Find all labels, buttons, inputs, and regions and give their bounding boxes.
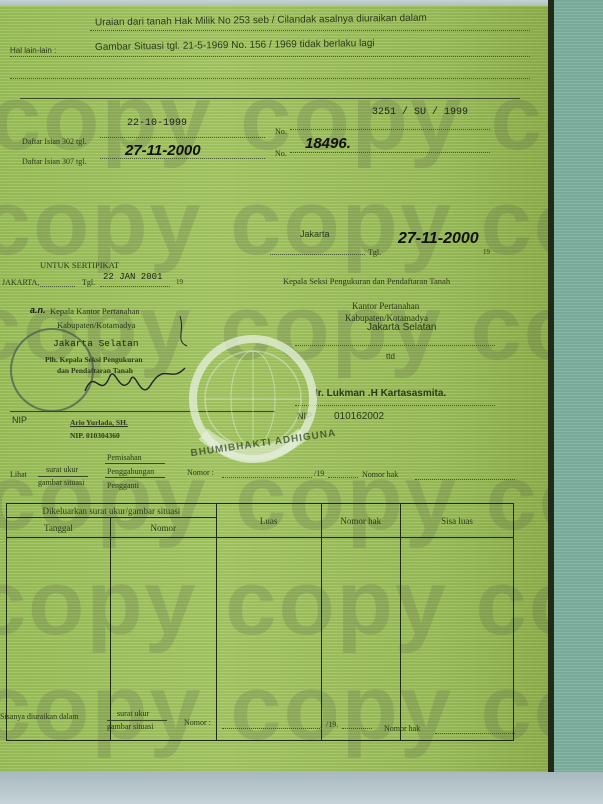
footer-year: /19. [326,720,338,729]
column-header-nomor-hak: Nomor hak [321,504,400,538]
office-line1: Kantor Pertanahan [352,301,419,311]
dotted-line [290,129,490,130]
daftar-302-date: 22-10-1999 [127,118,187,129]
daftar-302-number: 3251 / SU / 1999 [372,107,468,118]
dotted-line [435,733,515,734]
lihat-label: Lihat [10,470,27,479]
column-header-nomor: Nomor [110,518,216,538]
daftar-307-no-label: No. [275,149,287,158]
left-signer-name: Ario Yurlada, SH. [70,418,128,427]
dotted-line [222,728,322,729]
daftar-302-label: Daftar Isian 302 tgl. [22,137,86,146]
left-year-suffix: 19 [176,278,183,286]
office-city: Jakarta Selatan [367,322,437,333]
lihat-nomor-label: Nomor : [187,468,214,477]
dotted-line [10,78,530,79]
hal-lain-label: Hal lain-lain : [10,46,56,55]
daftar-302-no-label: No. [275,127,287,136]
option-pemisahan: Pemisahan [107,453,142,462]
strike-line [105,463,165,464]
column-header-sisa-luas: Sisa luas [400,504,513,538]
dotted-line [328,477,358,478]
strike-line [105,477,165,478]
background-bottom [0,772,603,804]
column-header-luas: Luas [216,504,321,538]
signer-name: Ir. Lukman .H Kartasasmita. [315,388,446,399]
lihat-nomor-hak-label: Nomor hak [362,470,398,479]
lihat-fraction-bottom: gambar situasi [38,478,84,487]
dotted-line [90,30,530,31]
sisanya-label: Sisanya diuraikan dalam [0,712,79,721]
table-cell [321,538,400,741]
dotted-line [40,286,75,287]
footer-nomor-hak-label: Nomor hak [384,724,420,733]
table-cell [7,538,111,741]
footer-fraction-bottom: gambar situasi [107,722,153,731]
signer-nip: 010162002 [334,411,384,422]
left-place: JAKARTA, [2,278,39,287]
surat-ukur-table: Dikeluarkan surat ukur/gambar situasi Lu… [6,503,514,741]
dotted-line [290,152,490,153]
certificate-page: copy copy copy copy copy copy copy copy … [0,6,552,778]
adjacent-page [554,0,603,804]
watermark: copy copy copy [0,66,603,171]
fraction-bar [38,476,88,477]
daftar-307-date: 27-11-2000 [125,142,201,159]
ttd-label: ttd [386,352,395,361]
daftar-307-number: 18496. [305,135,351,152]
footer-fraction-top: surat ukur [117,709,149,718]
divider [20,98,520,99]
left-signer-nip: NIP. 010304360 [70,431,120,440]
dotted-line [342,728,372,729]
lihat-fraction-top: surat ukur [46,465,78,474]
signing-place: Jakarta [300,229,330,239]
hal-lain-line1: Uraian dari tanah Hak Milik No 253 seb /… [95,13,427,29]
table-group-header: Dikeluarkan surat ukur/gambar situasi [7,504,217,518]
dotted-line [415,479,515,480]
dotted-line [270,254,365,255]
option-penggabungan: Penggabungan [107,467,154,476]
year-suffix: 19 [483,248,490,256]
footer-nomor-label: Nomor : [184,718,211,727]
dotted-line [222,477,312,478]
left-date: 22 JAN 2001 [103,272,162,282]
fraction-bar [107,720,167,721]
table-cell [400,538,513,741]
tgl-label: Tgl. [368,248,381,257]
untuk-sertipikat: UNTUK SERTIPIKAT [40,260,119,270]
table-row [7,538,514,741]
lihat-year: /19 [314,469,324,478]
dotted-line [100,286,170,287]
signer-title: Kepala Seksi Pengukuran dan Pendaftaran … [283,276,450,286]
column-header-tanggal: Tanggal [7,518,111,538]
table-cell [216,538,321,741]
left-nip-label: NIP [12,415,27,425]
hal-lain-line2: Gambar Situasi tgl. 21-5-1969 No. 156 / … [95,38,375,53]
signing-date: 27-11-2000 [398,230,479,248]
dotted-line [10,56,530,57]
dotted-line [100,137,265,138]
option-pengganti: Pengganti [107,481,139,490]
dotted-line [100,158,265,159]
left-tgl-label: Tgl. [82,278,95,287]
an-mark: a.n. [30,305,46,315]
daftar-307-label: Daftar Isian 307 tgl. [22,157,86,166]
